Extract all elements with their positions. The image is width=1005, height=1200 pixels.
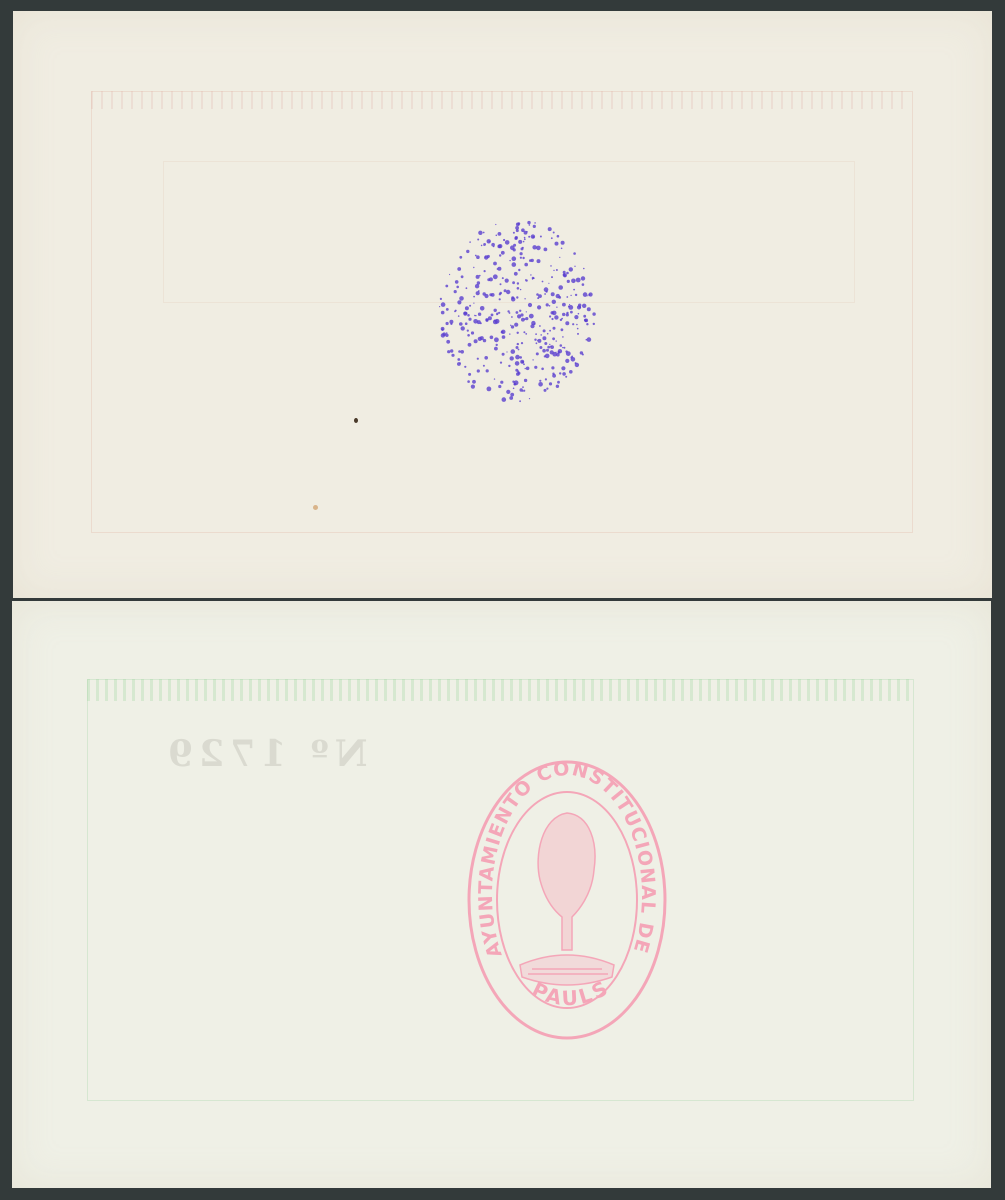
violet-handstamp <box>435 215 600 410</box>
paper-spot <box>354 418 358 423</box>
show-through-serial: Nº 1729 <box>162 733 368 775</box>
tree-emblem-icon <box>520 813 614 985</box>
show-through-border <box>91 91 911 109</box>
paper-spot <box>313 505 318 510</box>
municipal-seal-stamp: AYUNTAMIENTO CONSTITUCIONAL DE PAULS <box>462 755 672 1045</box>
show-through-border <box>87 679 912 701</box>
